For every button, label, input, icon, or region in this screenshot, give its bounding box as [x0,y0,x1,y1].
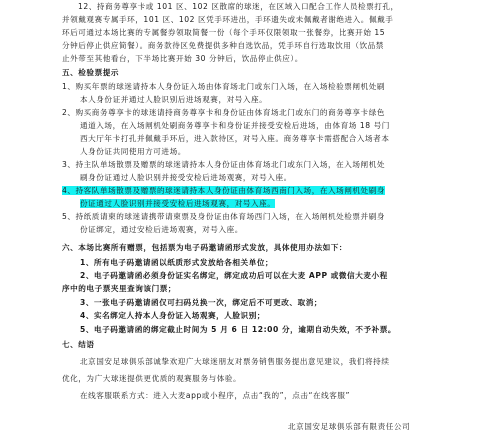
highlighted-text: 4、持客队单场散票及赠票的球迷请持本人身份证由体育场西南门入场，在入场闸机处刷身 [62,186,385,195]
section-heading: 五、检验票提示 [62,68,119,78]
paragraph-line: 在线客服联系方式：进入大麦app或小程序，点击“我的”，点击“在线客服” [80,391,350,401]
paragraph-line: 3、持主队单场散票及赠票的球迷请持本人身份证由体育场北门或东门入场，在入场闸机处 [62,160,385,170]
section-heading: 七、结语 [62,340,95,350]
paragraph-line: 份证通过人脸识别并接受安检后进场观赛，对号入座。 [80,199,275,209]
line-text: 人身份证共同使用方可进场。 [80,147,186,156]
section-heading: 六、本场比赛所有赠票，包括票为电子码邀请函形式发放，具体使用办法如下： [62,243,347,253]
paragraph-line: 刷身份证通过人脸识别并接受安检后进场观赛，对号入座。 [80,173,292,183]
line-text: 2、购买商务尊享卡的球迷请持商务尊享卡和身份证由体育场北门或东门的商务尊享卡绿色 [62,108,385,117]
paragraph-line: 并领戴观赛专属手环，101 区、102 区凭手环进出，手环遗失或未佩戴者谢绝进入… [62,15,393,25]
highlighted-text: 份证通过人脸识别并接受安检后进场观赛，对号入座。 [80,199,275,208]
line-text: 本人身份证并通过人脸识别后进场观赛，对号入座。 [80,95,267,104]
paragraph-line: 5、持纸质请柬的球迷请携带请柬票及身份证由体育场西门入场，在入场闸机处检票并刷身 [62,212,385,222]
paragraph-line: 3、一张电子码邀请函仅可扫码兑换一次，绑定后不可更改、取消； [80,298,322,308]
line-text: 2、电子码邀请函必须身份证实名绑定，绑定成功后可以在大麦 APP 或微信大麦小程 [80,271,388,280]
line-text: 七、结语 [62,340,95,349]
line-text: 序中的电子票夹里查询该门票； [62,284,176,293]
line-text: 北京国安足球俱乐部诚挚欢迎广大球迷朋友对票务销售服务提出意见建议，我们将持续 [80,357,389,366]
paragraph-line: 1、购买年票的球迷请持本人身份证入场由体育场北门或东门入场，在入场检验票闸机处刷 [62,82,385,92]
paragraph-line: 人身份证共同使用方可进场。 [80,147,186,157]
line-text: 份证绑定，通过安检后进场观赛，对号入座。 [80,225,243,234]
paragraph-line: 2、购买商务尊享卡的球迷请持商务尊享卡和身份证由体育场北门或东门的商务尊享卡绿色 [62,108,385,118]
line-text: 优化，为广大球迷提供更优质的观赛服务与体验。 [62,374,241,383]
line-text: 5、电子码邀请函的绑定截止时间为 5 月 6 日 12:00 分，逾期自动失效，… [80,325,396,334]
line-text: 分钟后停止供应简餐）。商务款待区免费提供多种自选饮品，凭手环自行选取饮用（饮品禁 [62,41,384,50]
paragraph-line: 西大厅年卡打孔并佩戴手环后，进入款待区，对号入座。商务尊享卡需搭配合入场者本 [80,134,389,144]
paragraph-line: 12、持商务尊享卡或 101 区、102 区散席的球迷，在区域入口配合工作人员检… [78,2,399,12]
paragraph-line: 本人身份证并通过人脸识别后进场观赛，对号入座。 [80,95,267,105]
line-text: 在线客服联系方式：进入大麦app或小程序，点击“我的”，点击“在线客服” [80,391,350,400]
line-text: 环后可通过本场比赛的专属餐券领取简餐一份（每个手环仅限领取一张餐券，比赛开始 1… [62,28,385,37]
paragraph-line: 4、持客队单场散票及赠票的球迷请持本人身份证由体育场西南门入场，在入场闸机处刷身 [62,186,385,196]
line-text: 12、持商务尊享卡或 101 区、102 区散席的球迷，在区域入口配合工作人员检… [78,2,399,11]
paragraph-line: 4、实名绑定人持本人身份证入场观赛，人脸识别； [80,311,265,321]
paragraph-line: 环后可通过本场比赛的专属餐券领取简餐一份（每个手环仅限领取一张餐券，比赛开始 1… [62,28,385,38]
signature-line: 北京国安足球俱乐部有限责任公司 [288,422,410,432]
paragraph-line: 1、所有电子码邀请函以纸质形式发放给各相关单位； [80,258,273,268]
line-text: 通道入场，在入场闸机处刷商务尊享卡和身份证并接受安检后进场，由体育场 18 号门 [80,121,390,130]
line-text: 1、购买年票的球迷请持本人身份证入场由体育场北门或东门入场，在入场检验票闸机处刷 [62,82,385,91]
paragraph-line: 通道入场，在入场闸机处刷商务尊享卡和身份证并接受安检后进场，由体育场 18 号门 [80,121,390,131]
paragraph-line: 2、电子码邀请函必须身份证实名绑定，绑定成功后可以在大麦 APP 或微信大麦小程 [80,271,388,281]
line-text: 1、所有电子码邀请函以纸质形式发放给各相关单位； [80,258,273,267]
line-text: 五、检验票提示 [62,68,119,77]
paragraph-line: 份证绑定，通过安检后进场观赛，对号入座。 [80,225,243,235]
line-text: 5、持纸质请柬的球迷请携带请柬票及身份证由体育场西门入场，在入场闸机处检票并刷身 [62,212,385,221]
line-text: 止外带至其他看台，下半场比赛开始 30 分钟后，饮品停止供应）。 [62,54,303,63]
line-text: 六、本场比赛所有赠票，包括票为电子码邀请函形式发放，具体使用办法如下： [62,243,347,252]
paragraph-line: 北京国安足球俱乐部诚挚欢迎广大球迷朋友对票务销售服务提出意见建议，我们将持续 [80,357,389,367]
paragraph-line: 5、电子码邀请函的绑定截止时间为 5 月 6 日 12:00 分，逾期自动失效，… [80,325,396,335]
paragraph-line: 分钟后停止供应简餐）。商务款待区免费提供多种自选饮品，凭手环自行选取饮用（饮品禁 [62,41,384,51]
line-text: 刷身份证通过人脸识别并接受安检后进场观赛，对号入座。 [80,173,292,182]
line-text: 西大厅年卡打孔并佩戴手环后，进入款待区，对号入座。商务尊享卡需搭配合入场者本 [80,134,389,143]
paragraph-line: 止外带至其他看台，下半场比赛开始 30 分钟后，饮品停止供应）。 [62,54,303,64]
line-text: 3、一张电子码邀请函仅可扫码兑换一次，绑定后不可更改、取消； [80,298,322,307]
paragraph-line: 序中的电子票夹里查询该门票； [62,284,176,294]
line-text: 并领戴观赛专属手环，101 区、102 区凭手环进出，手环遗失或未佩戴者谢绝进入… [62,15,393,24]
line-text: 4、实名绑定人持本人身份证入场观赛，人脸识别； [80,311,265,320]
document-page: 12、持商务尊享卡或 101 区、102 区散席的球迷，在区域入口配合工作人员检… [0,0,500,440]
paragraph-line: 优化，为广大球迷提供更优质的观赛服务与体验。 [62,374,241,384]
line-text: 3、持主队单场散票及赠票的球迷请持本人身份证由体育场北门或东门入场，在入场闸机处 [62,160,385,169]
